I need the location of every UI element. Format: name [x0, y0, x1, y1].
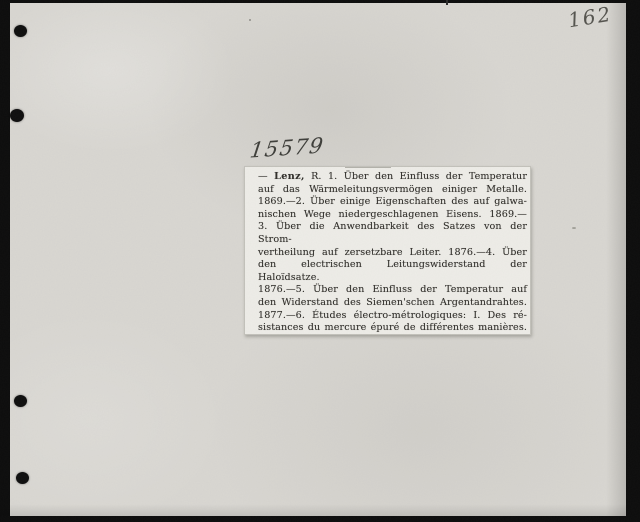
scan-edge-bottom: [0, 516, 640, 522]
clipping-text-line: den electrischen Leitungswiderstand der …: [258, 259, 527, 284]
scan-edge-top: [0, 0, 640, 3]
clipping-text-line: 1876.—5. Über den Einfluss der Temperatu…: [258, 284, 527, 297]
punch-hole: [14, 395, 27, 407]
dust-speck: [572, 227, 576, 229]
entry-dash: —: [258, 171, 274, 182]
dust-speck: [446, 0, 448, 5]
clipping-text-line: den Widerstand des Siemen'schen Argentan…: [258, 297, 527, 310]
clipping-text-line: 1877.—6. Études électro-métrologiques: I…: [258, 310, 527, 323]
punch-hole: [10, 109, 24, 122]
clipping-text: R. 1. Über den Einfluss der Temperatur: [305, 171, 527, 182]
clipping-text-line: auf das Wärmeleitungsvermögen einiger Me…: [258, 184, 527, 197]
clipping-text-line: vertheilung auf zersetzbare Leiter. 1876…: [258, 247, 527, 260]
paper-edge-shadow-bottom: [0, 504, 640, 516]
author-name: Lenz,: [274, 171, 305, 182]
paper-edge-shadow-right: [606, 0, 626, 522]
dust-speck: [249, 19, 251, 21]
clipping-text-line: 1869.—2. Über einige Eigenschaften des a…: [258, 196, 527, 209]
scan-page: 162 15579 — Lenz, R. 1. Über den Einflus…: [0, 0, 640, 522]
punch-hole: [16, 472, 29, 484]
clipping-text-line: sistances du mercure épuré de différente…: [258, 322, 527, 335]
punch-hole: [14, 25, 27, 37]
clipping-text-line: nischen Wege niedergeschlagenen Eisens. …: [258, 209, 527, 222]
clipping-text-line: 3. Über die Anwendbarkeit des Satzes von…: [258, 221, 527, 246]
clipping-text-line: — Lenz, R. 1. Über den Einfluss der Temp…: [258, 171, 527, 184]
accession-number-handwritten: 15579: [248, 133, 326, 162]
scan-edge-left: [0, 0, 10, 522]
bibliography-clipping: — Lenz, R. 1. Über den Einfluss der Temp…: [244, 166, 531, 335]
clipping-top-rule-remnant: [345, 167, 391, 168]
scan-edge-right: [626, 0, 640, 522]
